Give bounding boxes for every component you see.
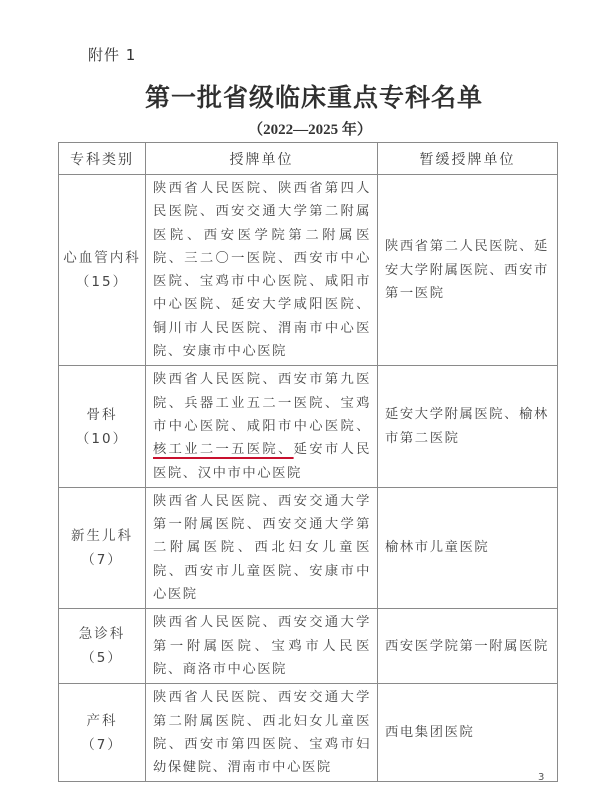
category-count: （5） xyxy=(59,646,145,670)
category-cell: 急诊科 （5） xyxy=(59,609,146,684)
awarded-units: 陕西省人民医院、西安交通大学第一附属医院、宝鸡市人民医院、商洛市中心医院 xyxy=(146,609,378,684)
category-count: （10） xyxy=(59,427,145,451)
header-deferred: 暂缓授牌单位 xyxy=(378,143,558,175)
specialty-table: 专科类别 授牌单位 暂缓授牌单位 心血管内科 （15） 陕西省人民医院、陕西省第… xyxy=(58,142,558,782)
table-row: 产科 （7） 陕西省人民医院、西安交通大学第二附属医院、西北妇女儿童医院、西安市… xyxy=(59,684,558,782)
deferred-units: 榆林市儿童医院 xyxy=(378,487,558,608)
category-name: 骨科 xyxy=(59,403,145,427)
table-row: 急诊科 （5） 陕西省人民医院、西安交通大学第一附属医院、宝鸡市人民医院、商洛市… xyxy=(59,609,558,684)
deferred-units: 西安医学院第一附属医院 xyxy=(378,609,558,684)
awarded-units: 陕西省人民医院、西安交通大学第二附属医院、西北妇女儿童医院、西安市第四医院、宝鸡… xyxy=(146,684,378,782)
category-name: 产科 xyxy=(59,709,145,733)
category-name: 心血管内科 xyxy=(59,246,145,270)
document-subtitle: （2022—2025 年） xyxy=(0,118,600,139)
deferred-units: 延安大学附属医院、榆林市第二医院 xyxy=(378,366,558,487)
category-count: （7） xyxy=(59,548,145,572)
table-header-row: 专科类别 授牌单位 暂缓授牌单位 xyxy=(59,143,558,175)
awarded-text: 陕西省人民医院、西安市第九医院、兵器工业五二一医院、宝鸡市中心医院、咸阳市中心医… xyxy=(153,372,371,434)
header-awarded: 授牌单位 xyxy=(146,143,378,175)
document-title: 第一批省级临床重点专科名单 xyxy=(0,78,600,114)
highlighted-hospital: 核工业二一五医院、 xyxy=(153,442,294,457)
awarded-units: 陕西省人民医院、陕西省第四人民医院、西安交通大学第二附属医院、西安医学院第二附属… xyxy=(146,175,378,366)
awarded-units: 陕西省人民医院、西安市第九医院、兵器工业五二一医院、宝鸡市中心医院、咸阳市中心医… xyxy=(146,366,378,487)
category-cell: 骨科 （10） xyxy=(59,366,146,487)
awarded-units: 陕西省人民医院、西安交通大学第一附属医院、西安交通大学第二附属医院、西北妇女儿童… xyxy=(146,487,378,608)
category-name: 新生儿科 xyxy=(59,524,145,548)
header-category: 专科类别 xyxy=(59,143,146,175)
category-count: （15） xyxy=(59,270,145,294)
category-count: （7） xyxy=(59,733,145,757)
category-name: 急诊科 xyxy=(59,622,145,646)
category-cell: 新生儿科 （7） xyxy=(59,487,146,608)
page-number: 3 xyxy=(538,772,544,783)
table-row: 新生儿科 （7） 陕西省人民医院、西安交通大学第一附属医院、西安交通大学第二附属… xyxy=(59,487,558,608)
table-row: 心血管内科 （15） 陕西省人民医院、陕西省第四人民医院、西安交通大学第二附属医… xyxy=(59,175,558,366)
category-cell: 产科 （7） xyxy=(59,684,146,782)
deferred-units: 西电集团医院 xyxy=(378,684,558,782)
table-row: 骨科 （10） 陕西省人民医院、西安市第九医院、兵器工业五二一医院、宝鸡市中心医… xyxy=(59,366,558,487)
attachment-label: 附件 1 xyxy=(88,44,136,65)
category-cell: 心血管内科 （15） xyxy=(59,175,146,366)
deferred-units: 陕西省第二人民医院、延安大学附属医院、西安市第一医院 xyxy=(378,175,558,366)
